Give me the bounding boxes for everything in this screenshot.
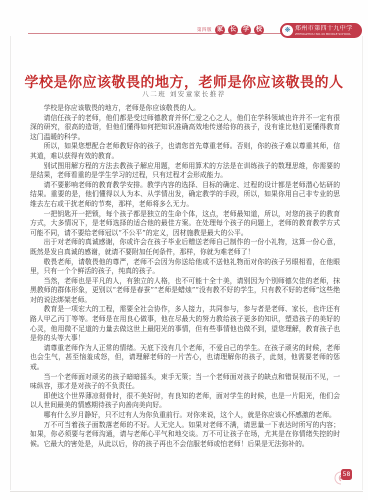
school-logo-icon: ❋ <box>282 25 293 36</box>
paragraph: 所以，如果您想配合老师教好你的孩子，也请您首先尊重老师。否则，你的孩子难以尊重其… <box>30 142 340 161</box>
school-subtitle: ZHENGZHOU NO.49 MIDDLE SCHOOL <box>295 32 353 36</box>
paragraph: 当一个老师面对顽劣的孩子暗暗摇头，束手无策；当一个老师面对孩子的缺点和错误视而不… <box>30 373 340 392</box>
paragraph: 请信任孩子的老师，他们都是受过师德教育并怀仁爱之心之人，他们在学科领域也许并不一… <box>30 114 340 143</box>
article-byline: 八二班 刘安童家长推荐 <box>0 89 368 98</box>
paragraph: 哪有什么岁月静好，只不过有人为你负重前行。对你来说，这个人，就是你应该心怀感激的… <box>30 411 340 421</box>
school-banner-text: 郑州市第四十九中学 ZHENGZHOU NO.49 MIDDLE SCHOOL <box>295 25 353 36</box>
school-banner: ❋ 郑州市第四十九中学 ZHENGZHOU NO.49 MIDDLE SCHOO… <box>280 23 362 38</box>
page-edge-right <box>362 36 363 490</box>
paragraph: 请尊重老师作为人正常的情绪。天底下没有几个老师，不爱自己的学生。在孩子顽劣的时候… <box>30 344 340 373</box>
section-badge: 学 <box>241 25 251 35</box>
page-number-badge: 58 <box>341 469 352 480</box>
paragraph: 教育是一项宏大的工程，需要全社会协作，多人接力，共同参与，参与者是老师、家长，也… <box>30 305 340 343</box>
page-edge-bottom <box>10 491 363 492</box>
paragraph: 即使这个世界薄凉彻骨时，很不美好时，有良知的老师，面对学生的时候，也是一片阳光，… <box>30 392 340 411</box>
paragraph: 出于对老师的真诚感谢，你或许会在孩子毕业后赠送老师自己制作的一份小礼物，这算一份… <box>30 238 340 257</box>
section-badges: 家 长 学 校 <box>215 25 264 35</box>
paragraph: 万不可当着孩子面数落老师的不好。人无完人。如果对老师不满，请思量一下表达时所写的… <box>30 421 340 450</box>
section-badge: 校 <box>254 25 264 35</box>
section-badge: 家 <box>215 25 225 35</box>
paragraph: 一把钥匙开一把锁，每个孩子都是独立的生命个体，这点，老师最知道，所以，对您的孩子… <box>30 210 340 239</box>
paragraph: 别试图用解方程的方法去教孩子解应用题，老师用算术的方法是在训练孩子的数理思维，你… <box>30 162 340 181</box>
edition-label: 第四版 <box>197 27 212 33</box>
paragraph: 敬畏老师，请敬畏他的尊严，老师不会因为你送给他或不送他礼物而对你的孩子另眼相看，… <box>30 258 340 277</box>
paragraph: 请不要影响老师的教育教学安排。教学内容的选择、目标的确定、过程的设计都是老师潜心… <box>30 181 340 210</box>
section-badge: 长 <box>228 25 238 35</box>
school-name: 郑州市第四十九中学 <box>295 25 353 32</box>
paragraph: 当然，老师也是平凡的人，有独立的人格，也不可能十全十美，请别因为个别师德欠佳的老… <box>30 277 340 306</box>
article-body: 学校是你应该敬畏的地方，老师是你应该敬畏的人。 请信任孩子的老师，他们都是受过师… <box>30 104 340 449</box>
paragraph: 学校是你应该敬畏的地方，老师是你应该敬畏的人。 <box>30 104 340 114</box>
scanned-document-page: 第四版 家 长 学 校 ❋ 郑州市第四十九中学 ZHENGZHOU NO.49 … <box>0 0 368 500</box>
page-edge-left <box>10 36 11 490</box>
